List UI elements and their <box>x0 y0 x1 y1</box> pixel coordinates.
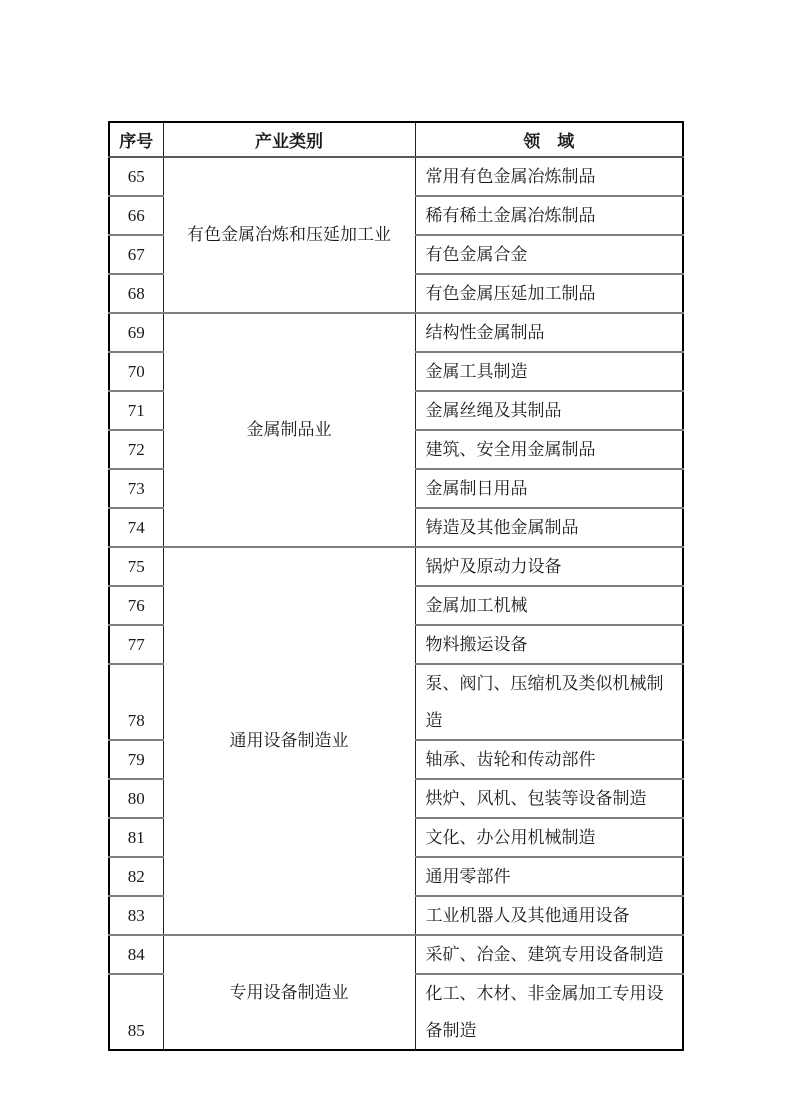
category-cell: 专用设备制造业 <box>163 935 415 1050</box>
document-page: 序号 产业类别 领 域 65 有色金属冶炼和压延加工业 常用有色金属冶炼制品 6… <box>0 0 793 1119</box>
field-cell: 金属工具制造 <box>415 352 683 391</box>
field-cell: 铸造及其他金属制品 <box>415 508 683 547</box>
serial-cell: 66 <box>109 196 163 235</box>
field-cell: 通用零部件 <box>415 857 683 896</box>
serial-cell: 75 <box>109 547 163 586</box>
serial-cell: 74 <box>109 508 163 547</box>
field-cell: 锅炉及原动力设备 <box>415 547 683 586</box>
header-field: 领 域 <box>415 122 683 157</box>
serial-cell: 69 <box>109 313 163 352</box>
table-row: 65 有色金属冶炼和压延加工业 常用有色金属冶炼制品 <box>109 157 683 196</box>
field-cell: 常用有色金属冶炼制品 <box>415 157 683 196</box>
serial-cell: 65 <box>109 157 163 196</box>
serial-cell: 80 <box>109 779 163 818</box>
field-cell: 轴承、齿轮和传动部件 <box>415 740 683 779</box>
category-cell: 金属制品业 <box>163 313 415 547</box>
field-cell: 泵、阀门、压缩机及类似机械制造 <box>415 664 683 740</box>
serial-cell: 78 <box>109 664 163 740</box>
field-cell: 工业机器人及其他通用设备 <box>415 896 683 935</box>
serial-cell: 83 <box>109 896 163 935</box>
serial-cell: 76 <box>109 586 163 625</box>
field-cell: 有色金属压延加工制品 <box>415 274 683 313</box>
serial-cell: 79 <box>109 740 163 779</box>
serial-cell: 82 <box>109 857 163 896</box>
serial-cell: 85 <box>109 974 163 1050</box>
header-category: 产业类别 <box>163 122 415 157</box>
table-row: 75 通用设备制造业 锅炉及原动力设备 <box>109 547 683 586</box>
serial-cell: 73 <box>109 469 163 508</box>
serial-cell: 72 <box>109 430 163 469</box>
category-cell: 通用设备制造业 <box>163 547 415 935</box>
category-cell: 有色金属冶炼和压延加工业 <box>163 157 415 313</box>
field-cell: 采矿、冶金、建筑专用设备制造 <box>415 935 683 974</box>
field-cell: 稀有稀土金属冶炼制品 <box>415 196 683 235</box>
header-serial: 序号 <box>109 122 163 157</box>
field-cell: 文化、办公用机械制造 <box>415 818 683 857</box>
field-cell: 物料搬运设备 <box>415 625 683 664</box>
table-row: 69 金属制品业 结构性金属制品 <box>109 313 683 352</box>
field-cell: 金属制日用品 <box>415 469 683 508</box>
field-cell: 烘炉、风机、包装等设备制造 <box>415 779 683 818</box>
table-header-row: 序号 产业类别 领 域 <box>109 122 683 157</box>
field-cell: 化工、木材、非金属加工专用设备制造 <box>415 974 683 1050</box>
field-cell: 金属丝绳及其制品 <box>415 391 683 430</box>
serial-cell: 81 <box>109 818 163 857</box>
field-cell: 建筑、安全用金属制品 <box>415 430 683 469</box>
field-cell: 结构性金属制品 <box>415 313 683 352</box>
serial-cell: 67 <box>109 235 163 274</box>
field-cell: 金属加工机械 <box>415 586 683 625</box>
serial-cell: 77 <box>109 625 163 664</box>
serial-cell: 84 <box>109 935 163 974</box>
field-cell: 有色金属合金 <box>415 235 683 274</box>
serial-cell: 68 <box>109 274 163 313</box>
serial-cell: 71 <box>109 391 163 430</box>
industry-table: 序号 产业类别 领 域 65 有色金属冶炼和压延加工业 常用有色金属冶炼制品 6… <box>108 121 684 1051</box>
serial-cell: 70 <box>109 352 163 391</box>
table-row: 84 专用设备制造业 采矿、冶金、建筑专用设备制造 <box>109 935 683 974</box>
